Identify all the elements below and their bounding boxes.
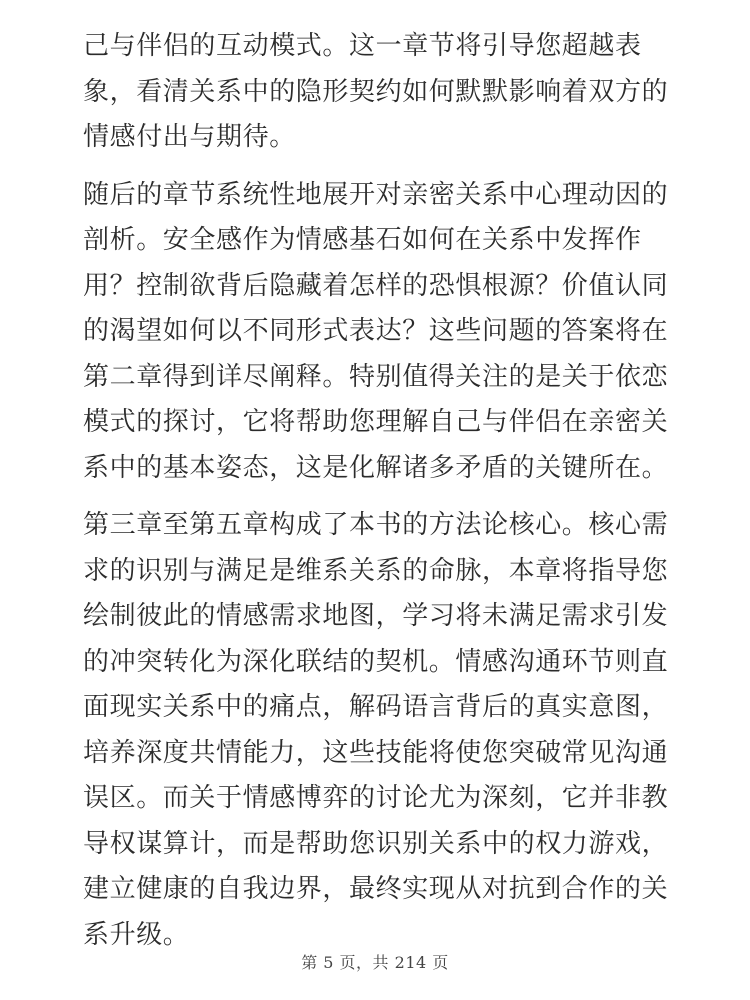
text-line: 第二章得到详尽阐释。特别值得关注的是关于依恋 xyxy=(83,355,667,401)
text-line: 剖析。安全感作为情感基石如何在关系中发挥作 xyxy=(83,218,667,264)
text-line: 系中的基本姿态，这是化解诸多矛盾的关键所在。 xyxy=(83,446,667,492)
paragraph-1: 己与伴侣的互动模式。这一章节将引导您超越表 象，看清关系中的隐形契约如何默默影响… xyxy=(83,24,667,161)
text-line: 己与伴侣的互动模式。这一章节将引导您超越表 xyxy=(83,24,667,70)
page-body: 己与伴侣的互动模式。这一章节将引导您超越表 象，看清关系中的隐形契约如何默默影响… xyxy=(83,24,667,970)
text-line: 的渴望如何以不同形式表达？这些问题的答案将在 xyxy=(83,309,667,355)
text-line: 求的识别与满足是维系关系的命脉，本章将指导您 xyxy=(83,549,667,595)
text-line: 误区。而关于情感博弈的讨论尤为深刻，它并非教 xyxy=(83,776,667,822)
text-line: 随后的章节系统性地展开对亲密关系中心理动因的 xyxy=(83,173,667,219)
text-line: 模式的探讨，它将帮助您理解自己与伴侣在亲密关 xyxy=(83,400,667,446)
paragraph-2: 随后的章节系统性地展开对亲密关系中心理动因的 剖析。安全感作为情感基石如何在关系… xyxy=(83,173,667,492)
text-line: 第三章至第五章构成了本书的方法论核心。核心需 xyxy=(83,503,667,549)
paragraph-3: 第三章至第五章构成了本书的方法论核心。核心需 求的识别与满足是维系关系的命脉，本… xyxy=(83,503,667,958)
text-line: 建立健康的自我边界，最终实现从对抗到合作的关 xyxy=(83,867,667,913)
text-line: 用？控制欲背后隐藏着怎样的恐惧根源？价值认同 xyxy=(83,264,667,310)
text-line: 象，看清关系中的隐形契约如何默默影响着双方的 xyxy=(83,70,667,116)
document-page: 己与伴侣的互动模式。这一章节将引导您超越表 象，看清关系中的隐形契约如何默默影响… xyxy=(0,0,750,1000)
text-line: 培养深度共情能力，这些技能将使您突破常见沟通 xyxy=(83,731,667,777)
text-line: 面现实关系中的痛点，解码语言背后的真实意图， xyxy=(83,685,667,731)
text-line: 导权谋算计，而是帮助您识别关系中的权力游戏， xyxy=(83,822,667,868)
page-number-footer: 第 5 页，共 214 页 xyxy=(0,950,750,973)
text-line: 的冲突转化为深化联结的契机。情感沟通环节则直 xyxy=(83,640,667,686)
text-line: 绘制彼此的情感需求地图，学习将未满足需求引发 xyxy=(83,594,667,640)
text-line: 情感付出与期待。 xyxy=(83,115,667,161)
